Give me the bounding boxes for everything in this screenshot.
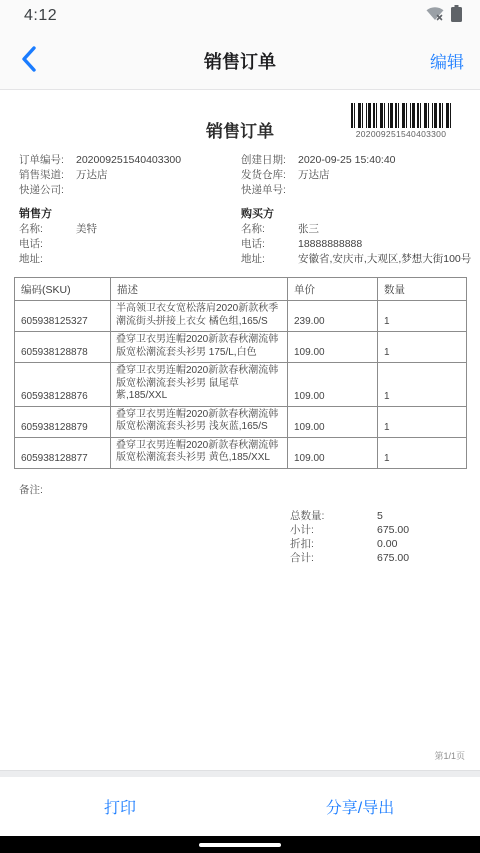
totals-label: 小计: — [290, 522, 377, 537]
field-label: 发货仓库: — [241, 167, 298, 182]
notes-label: 备注: — [14, 482, 466, 496]
seller-address: 地址: — [19, 251, 241, 266]
field-label: 地址: — [19, 251, 76, 266]
field-value: 万达店 — [298, 167, 330, 182]
page-indicator: 第1/1页 — [14, 749, 466, 765]
app-screen: 4:12 — [0, 0, 480, 853]
cell-description: 叠穿卫衣男连帽2020新款春秋潮流韩版宽松潮流套头衫男 浅灰蓝,165/S — [111, 406, 288, 437]
home-indicator[interactable] — [199, 843, 281, 847]
status-bar: 4:12 — [0, 0, 480, 32]
cell-sku: 605938128878 — [15, 332, 111, 363]
edit-button[interactable]: 编辑 — [414, 32, 480, 89]
order-info-right: 创建日期: 2020-09-25 15:40:40 发货仓库: 万达店 快递单号… — [241, 152, 466, 197]
cell-sku: 605938128877 — [15, 437, 111, 468]
order-info: 订单编号: 202009251540403300 销售渠道: 万达店 快递公司:… — [14, 152, 466, 197]
field-value: 张三 — [298, 221, 319, 236]
chevron-left-icon — [21, 45, 37, 76]
cell-quantity: 1 — [378, 406, 467, 437]
share-export-button[interactable]: 分享/导出 — [240, 777, 480, 836]
totals-label: 合计: — [290, 550, 377, 565]
buyer-name: 名称: 张三 — [241, 221, 471, 236]
totals-value: 0.00 — [377, 538, 397, 550]
cell-unit-price: 109.00 — [288, 332, 378, 363]
field-label: 地址: — [241, 251, 298, 266]
field-label: 订单编号: — [19, 152, 76, 167]
cell-quantity: 1 — [378, 301, 467, 332]
table-row: 605938128877 叠穿卫衣男连帽2020新款春秋潮流韩版宽松潮流套头衫男… — [15, 437, 467, 468]
totals-label: 总数量: — [290, 508, 377, 523]
footer-action-bar: 打印 分享/导出 — [0, 777, 480, 836]
field-value: 2020-09-25 15:40:40 — [298, 154, 396, 166]
cell-description: 半高领卫衣女宽松落肩2020新款秋季潮流街头拼接上衣女 橘色组,165/S — [111, 301, 288, 332]
barcode-block: 202009251540403300 — [346, 103, 456, 139]
totals-block: 总数量: 5 小计: 675.00 折扣: 0.00 合计: 675.00 — [290, 509, 466, 565]
cell-sku: 605938128879 — [15, 406, 111, 437]
field-value: 安徽省,安庆市,大观区,梦想大街100号 — [298, 251, 471, 266]
grand-total-row: 合计: 675.00 — [290, 551, 466, 565]
gesture-navigation-bar — [0, 836, 480, 853]
back-button[interactable] — [8, 32, 50, 89]
totals-value: 675.00 — [377, 552, 409, 564]
order-items-table: 编码(SKU) 描述 单价 数量 605938125327 半高领卫衣女宽松落肩… — [14, 277, 467, 469]
buyer-block: 购买方 名称: 张三 电话: 18888888888 地址: 安徽省,安庆市,大… — [241, 205, 471, 266]
cell-description: 叠穿卫衣男连帽2020新款春秋潮流韩版宽松潮流套头衫男 175/L,白色 — [111, 332, 288, 363]
seller-heading: 销售方 — [19, 205, 241, 221]
field-value: 202009251540403300 — [76, 154, 181, 166]
field-value: 美特 — [76, 221, 97, 236]
column-header-quantity: 数量 — [378, 278, 467, 301]
field-value: 万达店 — [76, 167, 108, 182]
field-sales-channel: 销售渠道: 万达店 — [19, 167, 241, 182]
total-quantity-row: 总数量: 5 — [290, 509, 466, 523]
field-label: 电话: — [19, 236, 76, 251]
cell-quantity: 1 — [378, 437, 467, 468]
buyer-heading: 购买方 — [241, 205, 471, 221]
cell-quantity: 1 — [378, 332, 467, 363]
field-create-date: 创建日期: 2020-09-25 15:40:40 — [241, 152, 466, 167]
field-order-number: 订单编号: 202009251540403300 — [19, 152, 241, 167]
table-header-row: 编码(SKU) 描述 单价 数量 — [15, 278, 467, 301]
table-row: 605938128879 叠穿卫衣男连帽2020新款春秋潮流韩版宽松潮流套头衫男… — [15, 406, 467, 437]
document-page: 202009251540403300 销售订单 订单编号: 2020092515… — [0, 90, 480, 770]
cell-unit-price: 109.00 — [288, 406, 378, 437]
field-label: 销售渠道: — [19, 167, 76, 182]
seller-name: 名称: 美特 — [19, 221, 241, 236]
totals-value: 5 — [377, 510, 383, 522]
seller-phone: 电话: — [19, 236, 241, 251]
cell-quantity: 1 — [378, 363, 467, 407]
field-label: 名称: — [19, 221, 76, 236]
status-time: 4:12 — [24, 7, 57, 25]
subtotal-row: 小计: 675.00 — [290, 523, 466, 537]
nav-bar: 销售订单 编辑 — [0, 32, 480, 90]
cell-unit-price: 109.00 — [288, 437, 378, 468]
column-header-sku: 编码(SKU) — [15, 278, 111, 301]
column-header-unit-price: 单价 — [288, 278, 378, 301]
table-row: 605938128876 叠穿卫衣男连帽2020新款春秋潮流韩版宽松潮流套头衫男… — [15, 363, 467, 407]
field-label: 电话: — [241, 236, 298, 251]
barcode — [351, 103, 451, 128]
parties-section: 销售方 名称: 美特 电话: 地址: 购买方 名称: 张三 — [14, 205, 466, 266]
totals-label: 折扣: — [290, 536, 377, 551]
cell-sku: 605938128876 — [15, 363, 111, 407]
discount-row: 折扣: 0.00 — [290, 537, 466, 551]
field-warehouse: 发货仓库: 万达店 — [241, 167, 466, 182]
battery-icon — [451, 5, 462, 27]
field-tracking-number: 快递单号: — [241, 182, 466, 197]
field-courier-company: 快递公司: — [19, 182, 241, 197]
barcode-number: 202009251540403300 — [346, 129, 456, 139]
seller-block: 销售方 名称: 美特 电话: 地址: — [19, 205, 241, 266]
cell-description: 叠穿卫衣男连帽2020新款春秋潮流韩版宽松潮流套头衫男 鼠尾草紫,185/XXL — [111, 363, 288, 407]
wifi-off-icon — [426, 6, 444, 26]
cell-unit-price: 109.00 — [288, 363, 378, 407]
field-label: 快递公司: — [19, 182, 76, 197]
field-label: 名称: — [241, 221, 298, 236]
field-label: 快递单号: — [241, 182, 298, 197]
buyer-address: 地址: 安徽省,安庆市,大观区,梦想大街100号 — [241, 251, 471, 266]
page-title: 销售订单 — [0, 48, 480, 74]
table-row: 605938125327 半高领卫衣女宽松落肩2020新款秋季潮流街头拼接上衣女… — [15, 301, 467, 332]
field-label: 创建日期: — [241, 152, 298, 167]
print-button[interactable]: 打印 — [0, 777, 240, 836]
table-row: 605938128878 叠穿卫衣男连帽2020新款春秋潮流韩版宽松潮流套头衫男… — [15, 332, 467, 363]
totals-value: 675.00 — [377, 524, 409, 536]
field-value: 18888888888 — [298, 238, 362, 250]
document-footer-divider — [0, 770, 480, 777]
order-info-left: 订单编号: 202009251540403300 销售渠道: 万达店 快递公司: — [19, 152, 241, 197]
status-icons — [426, 5, 462, 27]
cell-unit-price: 239.00 — [288, 301, 378, 332]
cell-description: 叠穿卫衣男连帽2020新款春秋潮流韩版宽松潮流套头衫男 黄色,185/XXL — [111, 437, 288, 468]
buyer-phone: 电话: 18888888888 — [241, 236, 471, 251]
cell-sku: 605938125327 — [15, 301, 111, 332]
column-header-description: 描述 — [111, 278, 288, 301]
